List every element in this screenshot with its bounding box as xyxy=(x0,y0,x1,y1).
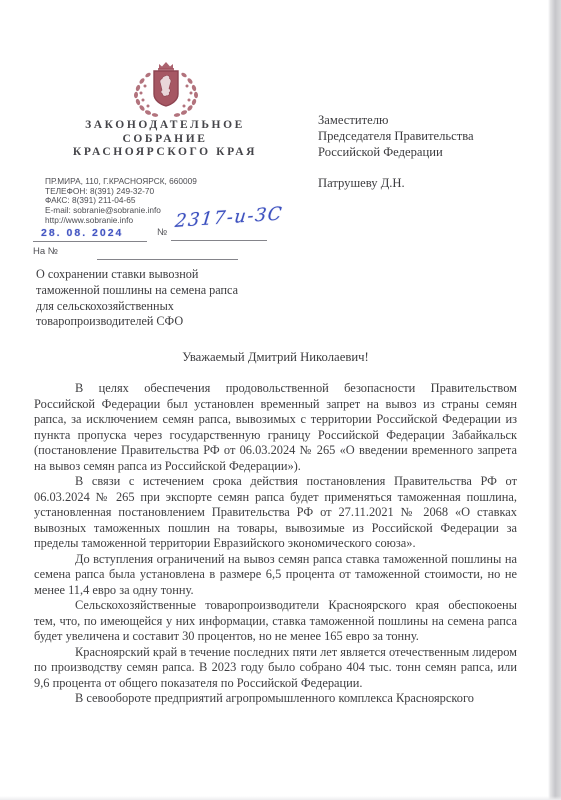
address-block: ПР.МИРА, 110, Г.КРАСНОЯРСК, 660009 ТЕЛЕФ… xyxy=(45,177,197,226)
scan-bottom-shadow xyxy=(0,796,561,800)
reply-to-label: На № xyxy=(33,246,58,257)
org-title-line: ЗАКОНОДАТЕЛЬНОЕ xyxy=(33,119,297,133)
scan-edge-shadow xyxy=(548,0,561,800)
scanned-letter-page: ЗАКОНОДАТЕЛЬНОЕ СОБРАНИЕ КРАСНОЯРСКОГО К… xyxy=(0,0,561,800)
recipient-line: Заместителю xyxy=(318,112,543,128)
number-symbol: № xyxy=(157,227,167,238)
body-paragraph: В севообороте предприятий агропромышленн… xyxy=(34,691,517,707)
subject-block: О сохранении ставки вывозной таможенной … xyxy=(36,267,286,330)
body-paragraph: До вступления ограничений на вывоз семян… xyxy=(34,552,517,599)
salutation: Уважаемый Дмитрий Николаевич! xyxy=(34,350,517,365)
letter-body: В целях обеспечения продовольственной бе… xyxy=(34,381,517,707)
subject-line: О сохранении ставки вывозной xyxy=(36,267,286,283)
coat-of-arms-icon xyxy=(126,60,206,118)
recipient-line: Председателя Правительства xyxy=(318,128,543,144)
subject-line: товаропроизводителей СФО xyxy=(36,314,286,330)
body-paragraph: Красноярский край в течение последних пя… xyxy=(34,645,517,692)
org-title: ЗАКОНОДАТЕЛЬНОЕ СОБРАНИЕ КРАСНОЯРСКОГО К… xyxy=(33,119,297,160)
reply-underline xyxy=(97,259,238,260)
body-paragraph: В целях обеспечения продовольственной бе… xyxy=(34,381,517,474)
recipient-block: Заместителю Председателя Правительства Р… xyxy=(318,112,543,161)
date-stamp: 28. 08. 2024 xyxy=(41,227,123,239)
number-underline xyxy=(171,240,267,241)
subject-line: для сельскохозяйственных xyxy=(36,299,286,315)
org-title-line: СОБРАНИЕ xyxy=(33,133,297,147)
body-paragraph: В связи с истечением срока действия пост… xyxy=(34,474,517,552)
recipient-name: Патрушеву Д.Н. xyxy=(318,176,543,191)
org-title-line: КРАСНОЯРСКОГО КРАЯ xyxy=(33,146,297,160)
recipient-line: Российской Федерации xyxy=(318,144,543,160)
subject-line: таможенной пошлины на семена рапса xyxy=(36,283,286,299)
body-paragraph: Сельскохозяйственные товаропроизводители… xyxy=(34,598,517,645)
date-underline xyxy=(33,241,147,242)
